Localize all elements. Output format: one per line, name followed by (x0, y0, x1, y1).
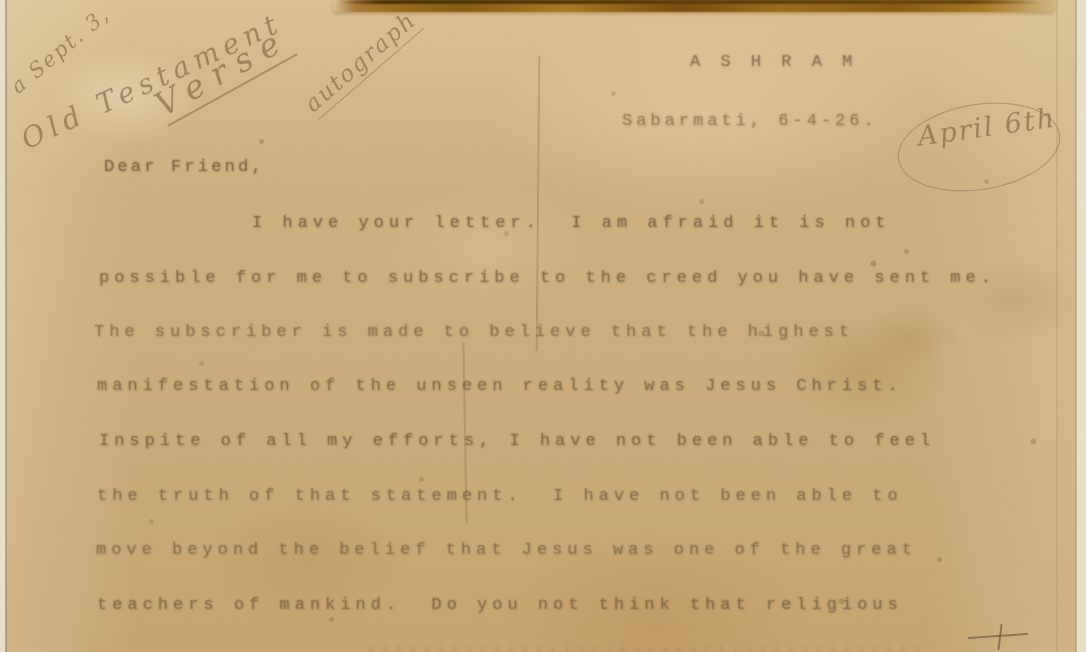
typed-line: manifestation of the unseen reality was … (97, 377, 903, 397)
salutation: Dear Friend, (104, 158, 265, 178)
typed-line: teachers of mankind. Do you not think th… (97, 596, 903, 616)
paper-right-edge (1075, 0, 1077, 652)
letterhead-title: A S H R A M (690, 53, 857, 73)
letter-scan: a Sept. 3, Old Testament Verse autograph… (0, 0, 1086, 652)
clipped-next-line (370, 646, 930, 652)
typed-line: possible for me to subscribe to the cree… (99, 269, 996, 289)
typed-line: the truth of that statement. I have not … (97, 487, 903, 507)
typed-line: The subscriber is made to believe that t… (94, 323, 854, 343)
dateline: Sabarmati, 6-4-26. (622, 112, 878, 132)
paper-right-crease (1056, 0, 1058, 652)
typed-line: Inspite of all my efforts, I have not be… (99, 432, 935, 452)
paper-stain-speckles (0, 0, 3, 3)
paper-left-edge (5, 0, 7, 652)
burnt-top-edge-dark-line (340, 0, 1040, 4)
typed-line: I have your letter. I am afraid it is no… (252, 214, 890, 234)
typed-line: move beyond the belief that Jesus was on… (96, 541, 917, 561)
